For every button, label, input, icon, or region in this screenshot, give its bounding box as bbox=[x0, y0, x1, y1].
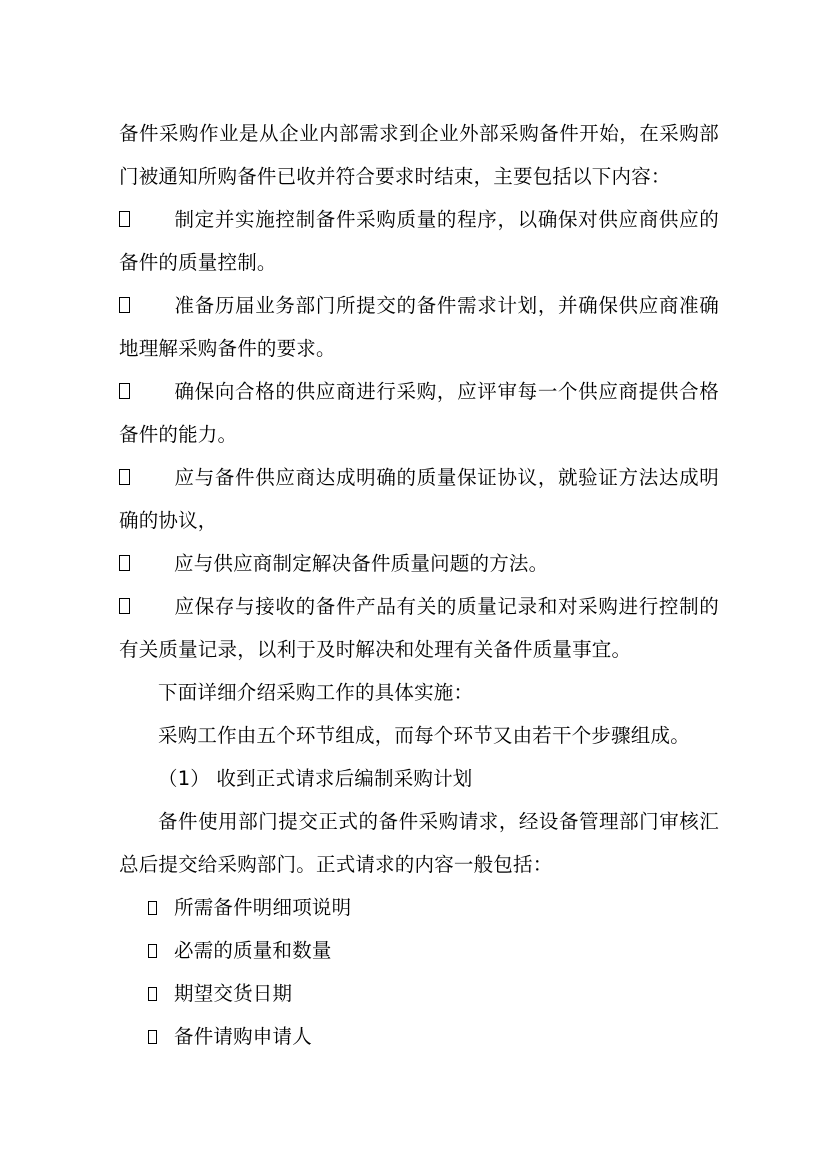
bullet-icon bbox=[148, 1030, 157, 1044]
document-content: 备件采购作业是从企业内部需求到企业外部采购备件开始，在采购部门被通知所购备件已收… bbox=[119, 112, 719, 1058]
sub-bullet-item: 所需备件明细项说明 bbox=[148, 886, 719, 929]
bullet-icon bbox=[119, 383, 130, 399]
bullet-item: 制定并实施控制备件采购质量的程序，以确保对供应商供应的备件的质量控制。 bbox=[119, 198, 719, 284]
bullet-item-text: 应与供应商制定解决备件质量问题的方法。 bbox=[174, 552, 548, 575]
bullet-item-text: 制定并实施控制备件采购质量的程序，以确保对供应商供应的备件的质量控制。 bbox=[119, 208, 719, 274]
bullet-icon bbox=[148, 901, 157, 915]
bullet-icon bbox=[119, 469, 130, 485]
bullet-icon bbox=[119, 555, 130, 571]
sub-bullet-item: 备件请购申请人 bbox=[148, 1015, 719, 1058]
document-page: 备件采购作业是从企业内部需求到企业外部采购备件开始，在采购部门被通知所购备件已收… bbox=[0, 0, 826, 1169]
sub-bullet-item-text: 所需备件明细项说明 bbox=[174, 896, 351, 919]
sub-bullet-item-text: 备件请购申请人 bbox=[174, 1025, 312, 1048]
bullet-item: 应与备件供应商达成明确的质量保证协议，就验证方法达成明确的协议， bbox=[119, 456, 719, 542]
bullet-item-text: 应与备件供应商达成明确的质量保证协议，就验证方法达成明确的协议， bbox=[119, 466, 719, 532]
section-lead-paragraph: 下面详细介绍采购工作的具体实施： bbox=[119, 671, 719, 714]
bullet-icon bbox=[148, 987, 157, 1001]
bullet-item: 确保向合格的供应商进行采购，应评审每一个供应商提供合格备件的能力。 bbox=[119, 370, 719, 456]
bullet-item-text: 确保向合格的供应商进行采购，应评审每一个供应商提供合格备件的能力。 bbox=[119, 380, 719, 446]
bullet-icon bbox=[119, 297, 130, 313]
bullet-item-text: 应保存与接收的备件产品有关的质量记录和对采购进行控制的有关质量记录，以利于及时解… bbox=[119, 595, 719, 661]
sub-bullet-item: 必需的质量和数量 bbox=[148, 929, 719, 972]
section-lead-paragraph: 采购工作由五个环节组成，而每个环节又由若干个步骤组成。 bbox=[119, 714, 719, 757]
bullet-item-text: 准备历届业务部门所提交的备件需求计划，并确保供应商准确地理解采购备件的要求。 bbox=[119, 294, 719, 360]
sub-bullet-item: 期望交货日期 bbox=[148, 972, 719, 1015]
bullet-icon bbox=[119, 211, 130, 227]
bullet-item: 应与供应商制定解决备件质量问题的方法。 bbox=[119, 542, 719, 585]
bullet-icon bbox=[119, 598, 130, 614]
bullet-item: 应保存与接收的备件产品有关的质量记录和对采购进行控制的有关质量记录，以利于及时解… bbox=[119, 585, 719, 671]
bullet-icon bbox=[148, 944, 157, 958]
intro-paragraph: 备件采购作业是从企业内部需求到企业外部采购备件开始，在采购部门被通知所购备件已收… bbox=[119, 112, 719, 198]
bullet-item: 准备历届业务部门所提交的备件需求计划，并确保供应商准确地理解采购备件的要求。 bbox=[119, 284, 719, 370]
sub-bullet-item-text: 必需的质量和数量 bbox=[174, 939, 332, 962]
sub-bullet-item-text: 期望交货日期 bbox=[174, 982, 292, 1005]
numbered-heading: （1） 收到正式请求后编制采购计划 bbox=[119, 757, 719, 800]
body-paragraph: 备件使用部门提交正式的备件采购请求，经设备管理部门审核汇总后提交给采购部门。正式… bbox=[119, 800, 719, 886]
